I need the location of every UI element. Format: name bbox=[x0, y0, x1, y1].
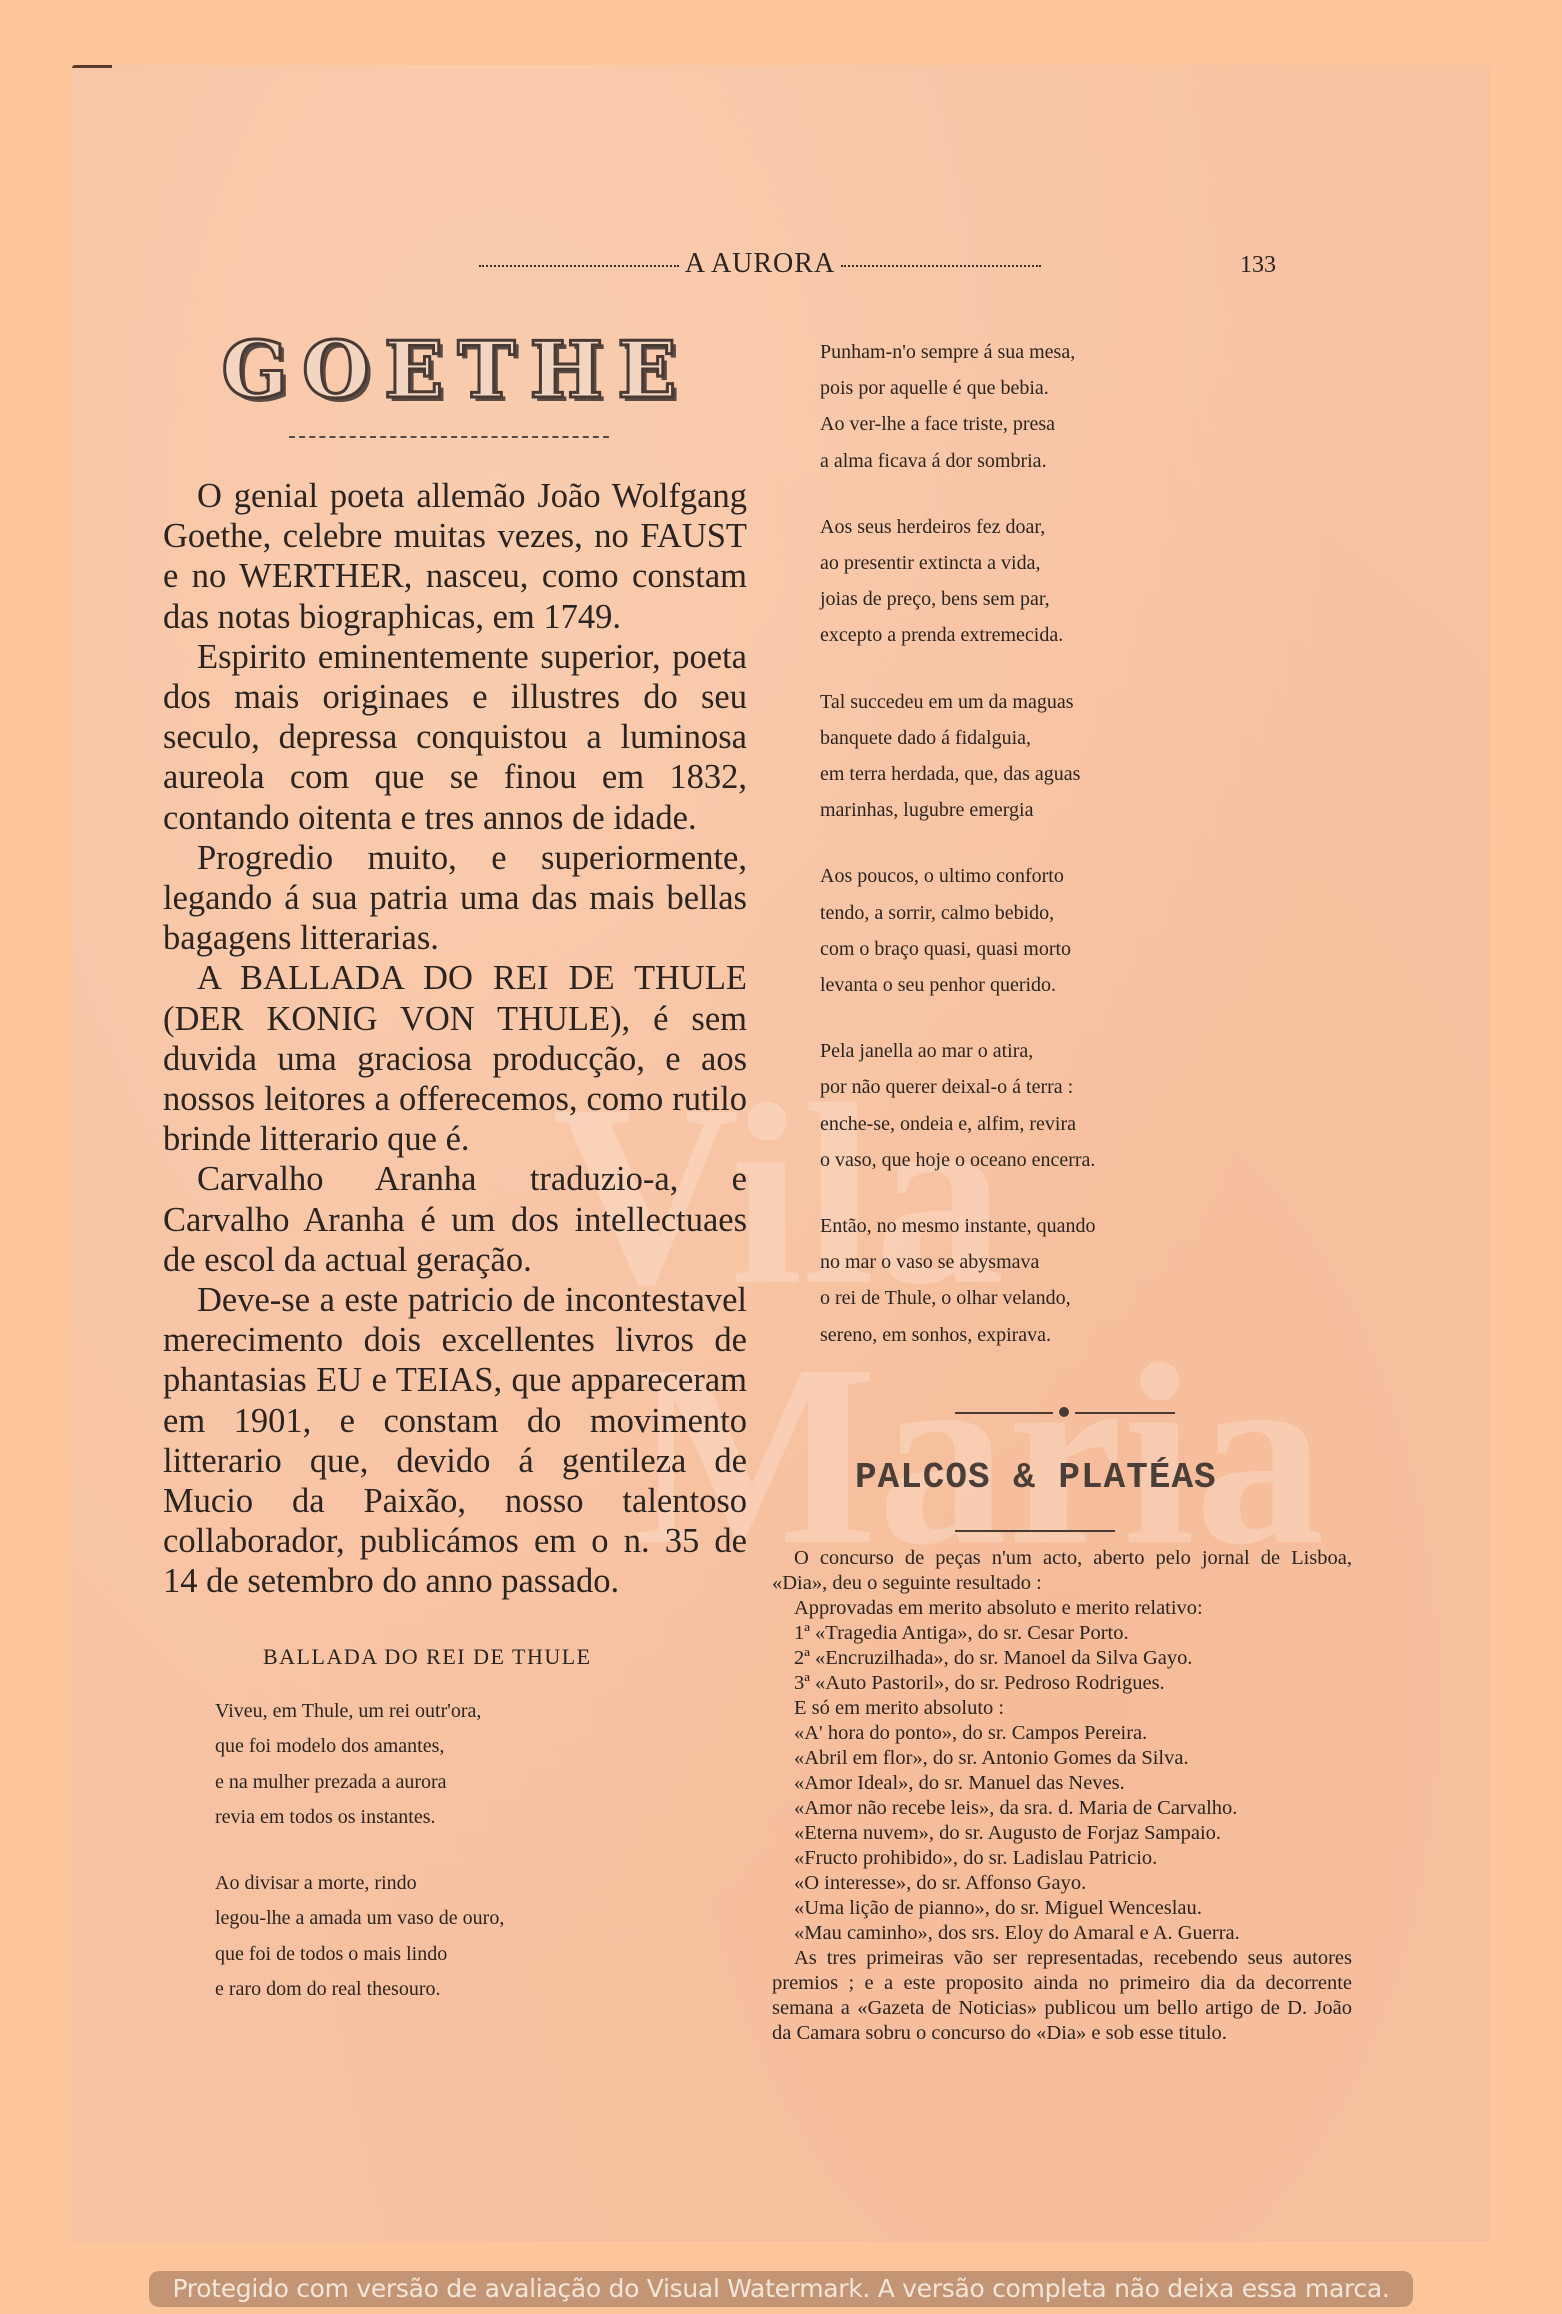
absolute-item: «Uma lição de pianno», do sr. Miguel Wen… bbox=[772, 1896, 1352, 1921]
section-title: PALCOS & PLATÉAS bbox=[855, 1457, 1380, 1498]
decorative-rule bbox=[841, 265, 1041, 267]
verse-line: revia em todos os instantes. bbox=[215, 1800, 747, 1836]
article-paragraph: Deve-se a este patricio de incontestavel… bbox=[163, 1280, 747, 1602]
ornament-dot-icon bbox=[1059, 1407, 1069, 1417]
article-paragraph: O genial poeta allemão João Wolfgang Goe… bbox=[163, 476, 747, 637]
verse-line: Pela janella ao mar o atira, bbox=[820, 1033, 1380, 1069]
verse-line: legou-lhe a amada um vaso de ouro, bbox=[215, 1901, 747, 1937]
stanza: Pela janella ao mar o atira, por não que… bbox=[820, 1033, 1380, 1178]
verse-line: Aos poucos, o ultimo conforto bbox=[820, 858, 1380, 894]
section-rule bbox=[955, 1530, 1115, 1532]
verse-line: enche-se, ondeia e, alfim, revira bbox=[820, 1106, 1380, 1142]
verse-line: Aos seus herdeiros fez doar, bbox=[820, 509, 1380, 545]
verse-line: por não querer deixal-o á terra : bbox=[820, 1069, 1380, 1105]
ballad-title: BALLADA DO REI DE THULE bbox=[263, 1644, 747, 1670]
verse-line: Ao ver-lhe a face triste, presa bbox=[820, 406, 1380, 442]
ornament-line bbox=[1075, 1412, 1175, 1414]
left-column: GOETHE O genial poeta allemão João Wolfg… bbox=[163, 320, 747, 2038]
verse-line: a alma ficava á dor sombria. bbox=[820, 443, 1380, 479]
verse-line: que foi de todos o mais lindo bbox=[215, 1937, 747, 1973]
approved-item: 1ª «Tragedia Antiga», do sr. Cesar Porto… bbox=[772, 1621, 1352, 1646]
stanza: Ao divisar a morte, rindo legou-lhe a am… bbox=[215, 1866, 747, 2008]
verse-line: levanta o seu penhor querido. bbox=[820, 967, 1380, 1003]
verse-line: marinhas, lugubre emergia bbox=[820, 792, 1380, 828]
decorative-rule bbox=[479, 265, 679, 267]
approved-item: 2ª «Encruzilhada», do sr. Manoel da Silv… bbox=[772, 1646, 1352, 1671]
verse-line: banquete dado á fidalguia, bbox=[820, 720, 1380, 756]
verse-line: ao presentir extincta a vida, bbox=[820, 545, 1380, 581]
verse-line: tendo, a sorrir, calmo bebido, bbox=[820, 895, 1380, 931]
absolute-item: «Amor não recebe leis», da sra. d. Maria… bbox=[772, 1796, 1352, 1821]
verse-line: e na mulher prezada a aurora bbox=[215, 1765, 747, 1801]
article-body: O genial poeta allemão João Wolfgang Goe… bbox=[163, 476, 747, 1602]
verse-line: Viveu, em Thule, um rei outr'ora, bbox=[215, 1694, 747, 1730]
page-number: 133 bbox=[1240, 252, 1276, 279]
verse-line: e raro dom do real thesouro. bbox=[215, 1972, 747, 2008]
ballad-poem-left: Viveu, em Thule, um rei outr'ora, que fo… bbox=[215, 1694, 747, 2008]
verse-line: em terra herdada, que, das aguas bbox=[820, 756, 1380, 792]
approved-item: 3ª «Auto Pastoril», do sr. Pedroso Rodri… bbox=[772, 1671, 1352, 1696]
stanza: Aos poucos, o ultimo conforto tendo, a s… bbox=[820, 858, 1380, 1003]
verse-line: Então, no mesmo instante, quando bbox=[820, 1208, 1380, 1244]
absolute-item: «Abril em flor», do sr. Antonio Gomes da… bbox=[772, 1746, 1352, 1771]
article-paragraph: A BALLADA DO REI DE THULE (DER KONIG VON… bbox=[163, 958, 747, 1159]
verse-line: no mar o vaso se abysmava bbox=[820, 1244, 1380, 1280]
verse-line: Tal succedeu em um da maguas bbox=[820, 684, 1380, 720]
theatre-closing: As tres primeiras vão ser representadas,… bbox=[772, 1946, 1352, 2046]
ballad-poem-right: Punham-n'o sempre á sua mesa, pois por a… bbox=[820, 334, 1380, 1353]
absolute-item: «Eterna nuvem», do sr. Augusto de Forjaz… bbox=[772, 1821, 1352, 1846]
publication-name: A AURORA bbox=[685, 248, 835, 279]
absolute-item: «A' hora do ponto», do sr. Campos Pereir… bbox=[772, 1721, 1352, 1746]
article-paragraph: Carvalho Aranha traduzio-a, e Carvalho A… bbox=[163, 1159, 747, 1280]
verse-line: Punham-n'o sempre á sua mesa, bbox=[820, 334, 1380, 370]
verse-line: Ao divisar a morte, rindo bbox=[215, 1866, 747, 1902]
watermark-notice: Protegido com versão de avaliação do Vis… bbox=[149, 2271, 1413, 2307]
stanza: Aos seus herdeiros fez doar, ao presenti… bbox=[820, 509, 1380, 654]
verse-line: sereno, em sonhos, expirava. bbox=[820, 1317, 1380, 1353]
stanza: Viveu, em Thule, um rei outr'ora, que fo… bbox=[215, 1694, 747, 1836]
running-head: A AURORA bbox=[445, 248, 1075, 280]
ornament-line bbox=[955, 1412, 1053, 1414]
article-title: GOETHE bbox=[201, 332, 711, 410]
absolute-heading: E só em merito absoluto : bbox=[772, 1696, 1352, 1721]
verse-line: o rei de Thule, o olhar velando, bbox=[820, 1280, 1380, 1316]
ornament-divider bbox=[955, 1409, 1175, 1417]
stanza: Tal succedeu em um da maguas banquete da… bbox=[820, 684, 1380, 829]
theatre-section-body: O concurso de peças n'um acto, aberto pe… bbox=[772, 1546, 1352, 2046]
absolute-item: «Mau caminho», dos srs. Eloy do Amaral e… bbox=[772, 1921, 1352, 1946]
approved-heading: Approvadas em merito absoluto e merito r… bbox=[772, 1596, 1352, 1621]
verse-line: excepto a prenda extremecida. bbox=[820, 617, 1380, 653]
absolute-item: «O interesse», do sr. Affonso Gayo. bbox=[772, 1871, 1352, 1896]
verse-line: joias de preço, bens sem par, bbox=[820, 581, 1380, 617]
title-rule bbox=[289, 436, 609, 438]
verse-line: com o braço quasi, quasi morto bbox=[820, 931, 1380, 967]
stanza: Punham-n'o sempre á sua mesa, pois por a… bbox=[820, 334, 1380, 479]
absolute-item: «Fructo prohibido», do sr. Ladislau Patr… bbox=[772, 1846, 1352, 1871]
verse-line: o vaso, que hoje o oceano encerra. bbox=[820, 1142, 1380, 1178]
verse-line: pois por aquelle é que bebia. bbox=[820, 370, 1380, 406]
stanza: Então, no mesmo instante, quando no mar … bbox=[820, 1208, 1380, 1353]
article-paragraph: Progredio muito, e superiormente, legand… bbox=[163, 838, 747, 959]
absolute-item: «Amor Ideal», do sr. Manuel das Neves. bbox=[772, 1771, 1352, 1796]
right-column: Punham-n'o sempre á sua mesa, pois por a… bbox=[820, 334, 1380, 1532]
verse-line: que foi modelo dos amantes, bbox=[215, 1729, 747, 1765]
theatre-intro: O concurso de peças n'um acto, aberto pe… bbox=[772, 1546, 1352, 1596]
article-paragraph: Espirito eminentemente superior, poeta d… bbox=[163, 637, 747, 838]
